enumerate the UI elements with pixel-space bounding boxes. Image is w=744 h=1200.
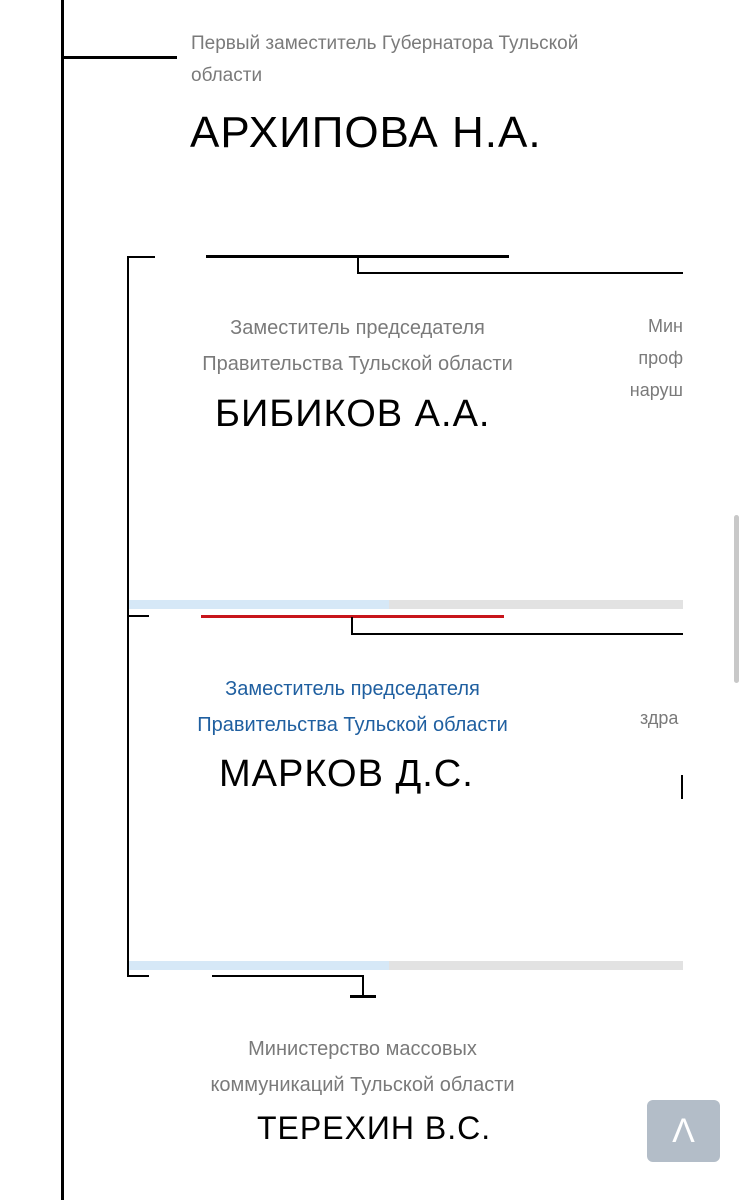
bibikov-side-card: Мин проф наруш	[620, 310, 683, 406]
bibikov-branch	[357, 272, 683, 274]
ministry-stem	[362, 975, 364, 997]
bibikov-name[interactable]: БИБИКОВ А.А.	[215, 393, 490, 436]
head-position-line1: Первый заместитель Губернатора Тульской	[191, 33, 578, 54]
markov-name[interactable]: МАРКОВ Д.С.	[219, 753, 474, 796]
ministry-top-line	[212, 975, 364, 977]
markov-side-card: здра	[640, 702, 683, 734]
ministry-position-line1: Министерство массовых	[248, 1038, 477, 1060]
bibikov-position: Заместитель председателя Правительства Т…	[150, 310, 565, 382]
bracket-top-tick	[127, 256, 155, 258]
head-name[interactable]: АРХИПОВА Н.А.	[190, 108, 542, 158]
ministry-stem-cap	[350, 995, 376, 998]
markov-side-tick	[681, 775, 683, 799]
bibikov-stem	[357, 257, 359, 273]
side-line: проф	[638, 348, 683, 368]
markov-position-line2: Правительства Тульской области	[197, 714, 508, 736]
markov-position-line1: Заместитель председателя	[225, 678, 480, 700]
bibikov-position-line1: Заместитель председателя	[230, 317, 485, 339]
section-bar-inactive-2	[389, 961, 683, 970]
chevron-up-icon: Λ	[672, 1112, 695, 1151]
section-bar-inactive	[389, 600, 683, 609]
head-position: Первый заместитель Губернатора Тульской …	[191, 28, 661, 92]
markov-position: Заместитель председателя Правительства Т…	[145, 671, 560, 743]
ministry-name[interactable]: ТЕРЕХИН В.С.	[257, 1110, 491, 1147]
head-connector	[61, 56, 177, 59]
markov-stem	[351, 617, 353, 634]
scrollbar[interactable]	[734, 515, 739, 683]
ministry-position-line2: коммуникаций Тульской области	[210, 1074, 514, 1096]
ministry-position: Министерство массовых коммуникаций Тульс…	[155, 1031, 570, 1103]
scroll-top-button[interactable]: Λ	[647, 1100, 720, 1162]
side-line: Мин	[648, 316, 683, 336]
markov-branch	[351, 633, 683, 635]
section-bar-active	[129, 600, 389, 609]
side-line: наруш	[630, 380, 683, 400]
section-bar-active-2	[129, 961, 389, 970]
bracket-mid-tick	[127, 615, 149, 617]
bracket-bottom-tick	[127, 975, 149, 977]
head-position-line2: области	[191, 65, 262, 86]
bibikov-position-line2: Правительства Тульской области	[202, 353, 513, 375]
trunk-line	[61, 0, 64, 1200]
